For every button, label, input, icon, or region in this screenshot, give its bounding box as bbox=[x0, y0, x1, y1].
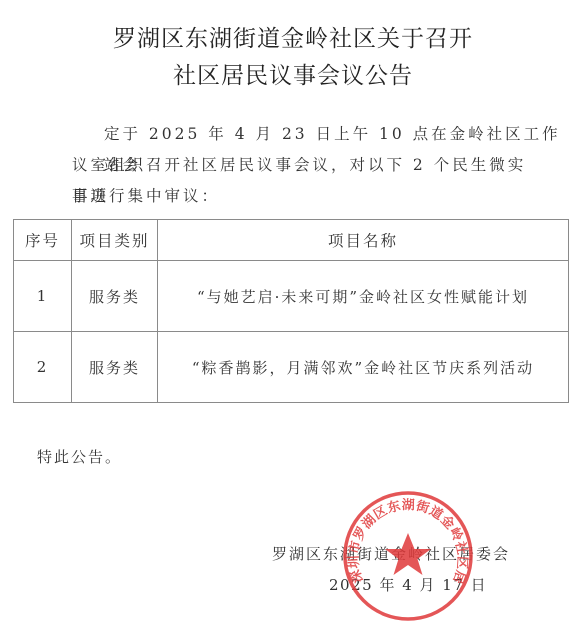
notice-title-line2: 社区居民议事会议公告 bbox=[0, 57, 586, 90]
header-project-name: 项目名称 bbox=[158, 220, 569, 261]
signature-organization: 罗湖区东湖街道金岭社区居委会 bbox=[272, 543, 510, 564]
cell-project-name: “与她艺启·未来可期”金岭社区女性赋能计划 bbox=[158, 261, 569, 332]
signature-date: 2025 年 4 月 17 日 bbox=[329, 574, 487, 595]
cell-index: 1 bbox=[14, 261, 72, 332]
projects-table: 序号 项目类别 项目名称 1 服务类 “与她艺启·未来可期”金岭社区女性赋能计划… bbox=[13, 219, 569, 403]
cell-category: 服务类 bbox=[72, 261, 158, 332]
notice-title-line1: 罗湖区东湖街道金岭社区关于召开 bbox=[0, 20, 586, 53]
table-row: 2 服务类 “粽香鹊影，月满邻欢”金岭社区节庆系列活动 bbox=[14, 332, 569, 403]
header-index: 序号 bbox=[14, 220, 72, 261]
table-header-row: 序号 项目类别 项目名称 bbox=[14, 220, 569, 261]
cell-project-name: “粽香鹊影，月满邻欢”金岭社区节庆系列活动 bbox=[158, 332, 569, 403]
svg-text:深圳市罗湖区东湖街道金岭社区居民委员会: 深圳市罗湖区东湖街道金岭社区居民委员会 bbox=[341, 489, 470, 586]
table-row: 1 服务类 “与她艺启·未来可期”金岭社区女性赋能计划 bbox=[14, 261, 569, 332]
header-category: 项目类别 bbox=[72, 220, 158, 261]
cell-index: 2 bbox=[14, 332, 72, 403]
closing-text: 特此公告。 bbox=[37, 446, 122, 467]
cell-category: 服务类 bbox=[72, 332, 158, 403]
body-line-3: 目进行集中审议： bbox=[72, 181, 532, 212]
stamp-text: 深圳市罗湖区东湖街道金岭社区居民委员会 bbox=[341, 489, 470, 586]
